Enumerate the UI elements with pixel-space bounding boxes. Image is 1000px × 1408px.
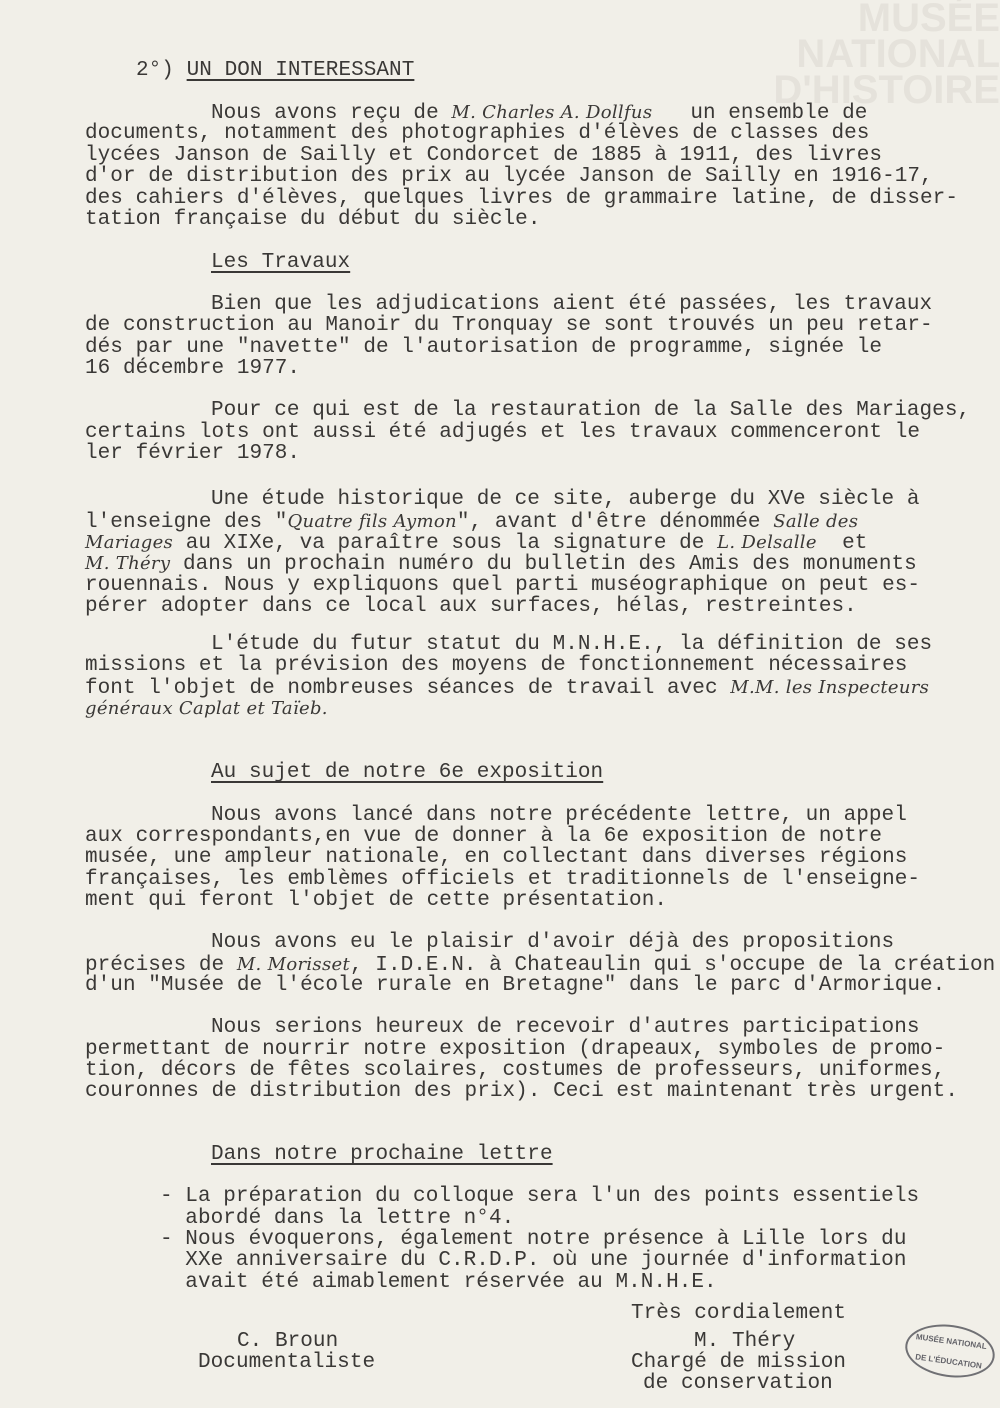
handwritten-name: M. Théry [85,553,170,574]
section-heading-exposition: Au sujet de notre 6e exposition [211,762,603,783]
paragraph-line: font l'objet de nombreuses séances de tr… [85,677,929,699]
text: dans un prochain numéro du bulletin des … [170,553,916,576]
handwritten-name: L. Delsalle [717,532,817,553]
handwritten-text: généraux Caplat et Taïeb. [85,698,328,719]
list-item-continuation: abordé dans la lettre n°4. [160,1208,514,1229]
paragraph-line: Une étude historique de ce site, auberge… [211,489,920,510]
paragraph-line: permettant de nourrir notre exposition (… [85,1039,945,1060]
paragraph-line: tation française du début du siècle. [85,209,540,230]
paragraph-line: lycées Janson de Sailly et Condorcet de … [85,145,882,166]
paragraph-line: généraux Caplat et Taïeb. [85,698,328,720]
paragraph-line: d'un "Musée de l'école rurale en Bretagn… [85,975,945,996]
paragraph-line: certains lots ont aussi été adjugés et l… [85,422,920,443]
paragraph-line: pérer adopter dans ce local aux surfaces… [85,596,857,617]
paragraph-line: missions et la prévision des moyens de f… [85,655,907,676]
paragraph-line: l'enseigne des "Quatre fils Aymon", avan… [85,511,858,533]
paragraph-line: de construction au Manoir du Tronquay se… [85,315,933,336]
closing-salutation: Très cordialement [631,1303,846,1324]
handwritten-text: Mariages [85,532,173,553]
paragraph-line: précises de M. Morisset, I.D.E.N. à Chat… [85,954,995,976]
museum-stamp: MUSÉE NATIONAL DE L'ÉDUCATION [902,1319,998,1383]
list-item-continuation: avait été aimablement réservée au M.N.H.… [160,1272,717,1293]
paragraph-line: Mariages au XIXe, va paraître sous la si… [85,532,867,554]
list-item: - Nous évoquerons, également notre prése… [160,1229,906,1250]
paragraph-line: Nous avons lancé dans notre précédente l… [211,805,907,826]
paragraph-line: M. Théry dans un prochain numéro du bull… [85,553,917,575]
paragraph-line: documents, notamment des photographies d… [85,123,869,144]
text: et [817,532,868,555]
handwritten-name: M. Morisset [237,954,350,975]
paragraph-line: Bien que les adjudications aient été pas… [211,294,932,315]
paragraph-line: tion, décors de fêtes scolaires, costume… [85,1060,945,1081]
paragraph-line: musée, une ampleur nationale, en collect… [85,847,907,868]
paragraph-line: d'or de distribution des prix au lycée J… [85,166,933,187]
handwritten-text: Salle des [773,511,858,532]
paragraph-line: Nous avons reçu de M. Charles A. Dollfus… [211,102,867,124]
paragraph-line: aux correspondants,en vue de donner à la… [85,826,882,847]
text: ", avant d'être dénommée [457,511,773,534]
paragraph-line: dés par une "navette" de l'autorisation … [85,337,882,358]
section-heading-don: 2°) UN DON INTERESSANT [136,60,414,81]
signatory-left-name: C. Broun [237,1331,338,1352]
paragraph-line: Nous avons eu le plaisir d'avoir déjà de… [211,932,894,953]
ghost-line: MUSÉE [640,0,1000,36]
signatory-right-title: Chargé de mission [631,1352,846,1373]
text: font l'objet de nombreuses séances de tr… [85,677,730,700]
handwritten-text: M.M. les Inspecteurs [730,677,929,698]
document-page: MUSÉE NATIONAL D'HISTOIRE 2°) UN DON INT… [0,0,1000,1408]
paragraph-line: L'étude du futur statut du M.N.H.E., la … [211,634,932,655]
heading-number: 2°) [136,59,174,82]
section-heading-travaux: Les Travaux [211,252,350,273]
section-heading-prochaine-lettre: Dans notre prochaine lettre [211,1144,553,1165]
paragraph-line: Nous serions heureux de recevoir d'autre… [211,1017,920,1038]
signatory-right-name: M. Théry [694,1331,795,1352]
ghost-line: NATIONAL [640,36,1000,72]
paragraph-line: françaises, les emblèmes officiels et tr… [85,869,920,890]
list-item: - La préparation du colloque sera l'un d… [160,1186,919,1207]
paragraph-line: couronnes de distribution des prix). Cec… [85,1081,958,1102]
handwritten-text: Quatre fils Aymon [287,511,456,532]
heading-text: UN DON INTERESSANT [187,59,415,82]
paragraph-line: ment qui feront l'objet de cette présent… [85,890,667,911]
paragraph-line: rouennais. Nous y expliquons quel parti … [85,575,920,596]
paragraph-line: ler février 1978. [85,443,300,464]
text: l'enseigne des " [85,511,287,534]
signatory-right-title: de conservation [643,1373,833,1394]
paragraph-line: 16 décembre 1977. [85,358,300,379]
paragraph-line: des cahiers d'élèves, quelques livres de… [85,188,958,209]
signatory-left-title: Documentaliste [198,1352,375,1373]
paragraph-line: Pour ce qui est de la restauration de la… [211,400,970,421]
list-item-continuation: XXe anniversaire du C.R.D.P. où une jour… [160,1250,906,1271]
text: au XIXe, va paraître sous la signature d… [173,532,717,555]
handwritten-name: M. Charles A. Dollfus [451,102,652,123]
